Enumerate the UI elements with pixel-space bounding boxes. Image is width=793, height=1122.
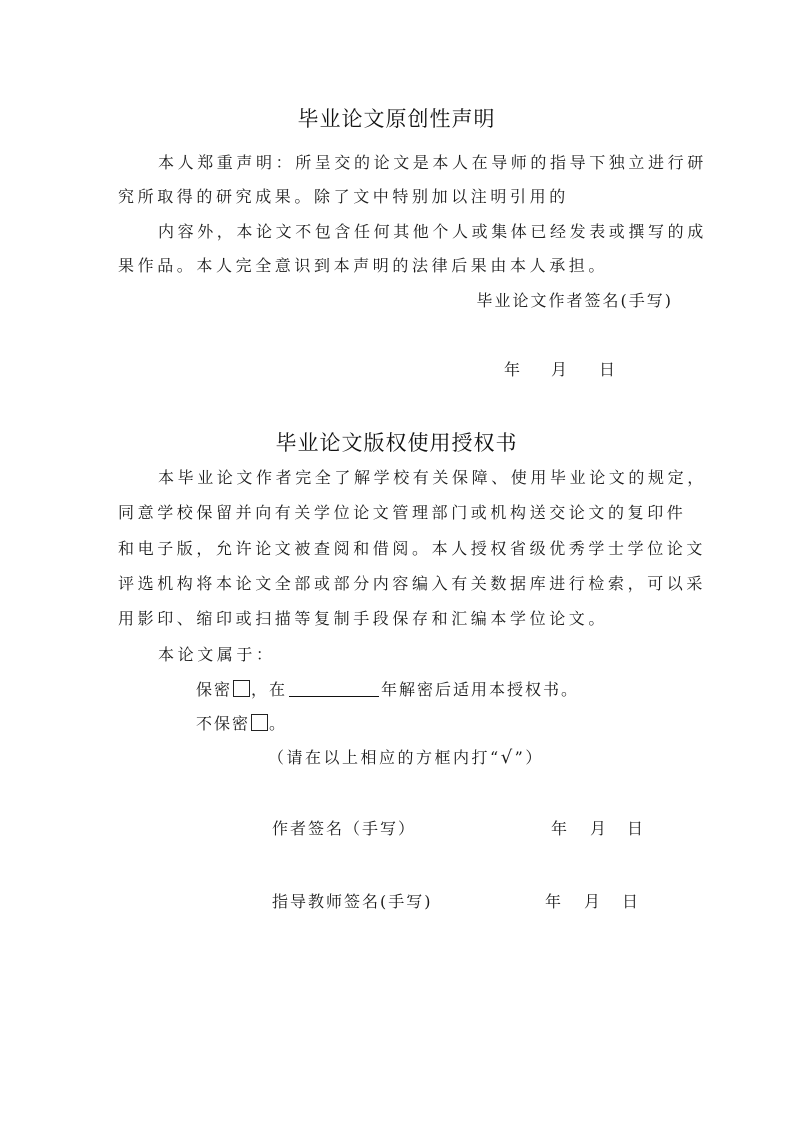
not-confidential-label: 不保密 xyxy=(196,714,250,733)
confidential-after-box: ，在 xyxy=(251,680,287,699)
declaration-signature-label[interactable]: 毕业论文作者签名(手写) xyxy=(477,288,674,311)
author-date-month[interactable]: 月 xyxy=(590,816,608,839)
declaration-date-month[interactable]: 月 xyxy=(551,357,569,380)
declaration-line-4: 果作品。本人完全意识到本声明的法律后果由本人承担。 xyxy=(118,253,608,276)
belongs-label: 本论文属于： xyxy=(158,642,276,665)
note-suffix: ”） xyxy=(515,748,544,767)
confidential-row: 保密，在年解密后适用本授权书。 xyxy=(196,677,579,700)
declaration-date-year[interactable]: 年 xyxy=(504,357,522,380)
advisor-date-day[interactable]: 日 xyxy=(622,889,640,912)
checkbox-note: （请在以上相应的方框内打“√”） xyxy=(268,745,544,768)
authorization-line-4: 评选机构将本论文全部或部分内容编入有关数据库进行检索，可以采 xyxy=(118,571,706,594)
authorization-line-1: 本毕业论文作者完全了解学校有关保障、使用毕业论文的规定， xyxy=(158,465,707,488)
declaration-line-2: 究所取得的研究成果。除了文中特别加以注明引用的 xyxy=(118,184,569,207)
advisor-date-month[interactable]: 月 xyxy=(584,889,602,912)
authorization-line-3: 和电子版，允许论文被查阅和借阅。本人授权省级优秀学士学位论文 xyxy=(118,536,706,559)
author-date-day[interactable]: 日 xyxy=(627,816,645,839)
author-signature-label[interactable]: 作者签名（手写） xyxy=(272,816,416,839)
confidential-after-blank: 年解密后适用本授权书。 xyxy=(381,680,579,699)
checkmark-icon: √ xyxy=(501,747,515,768)
not-confidential-row: 不保密。 xyxy=(196,711,287,734)
declaration-line-1: 本人郑重声明：所呈交的论文是本人在导师的指导下独立进行研 xyxy=(158,150,707,173)
declaration-date-day[interactable]: 日 xyxy=(599,357,617,380)
not-confidential-after-box: 。 xyxy=(269,714,287,733)
declaration-title: 毕业论文原创性声明 xyxy=(0,103,793,133)
authorization-line-2: 同意学校保留并向有关学位论文管理部门或机构送交论文的复印件 xyxy=(118,500,686,523)
authorization-line-5: 用影印、缩印或扫描等复制手段保存和汇编本学位论文。 xyxy=(118,606,608,629)
not-confidential-checkbox[interactable] xyxy=(251,714,268,731)
advisor-date-year[interactable]: 年 xyxy=(545,889,563,912)
advisor-signature-label[interactable]: 指导教师签名(手写) xyxy=(272,889,433,912)
declaration-line-3: 内容外，本论文不包含任何其他个人或集体已经发表或撰写的成 xyxy=(158,219,707,242)
note-prefix: （请在以上相应的方框内打“ xyxy=(268,748,501,767)
author-date-year[interactable]: 年 xyxy=(551,816,569,839)
authorization-title: 毕业论文版权使用授权书 xyxy=(0,427,793,457)
confidential-label: 保密 xyxy=(196,680,232,699)
declassify-year-input[interactable] xyxy=(289,680,379,697)
confidential-checkbox[interactable] xyxy=(233,680,250,697)
